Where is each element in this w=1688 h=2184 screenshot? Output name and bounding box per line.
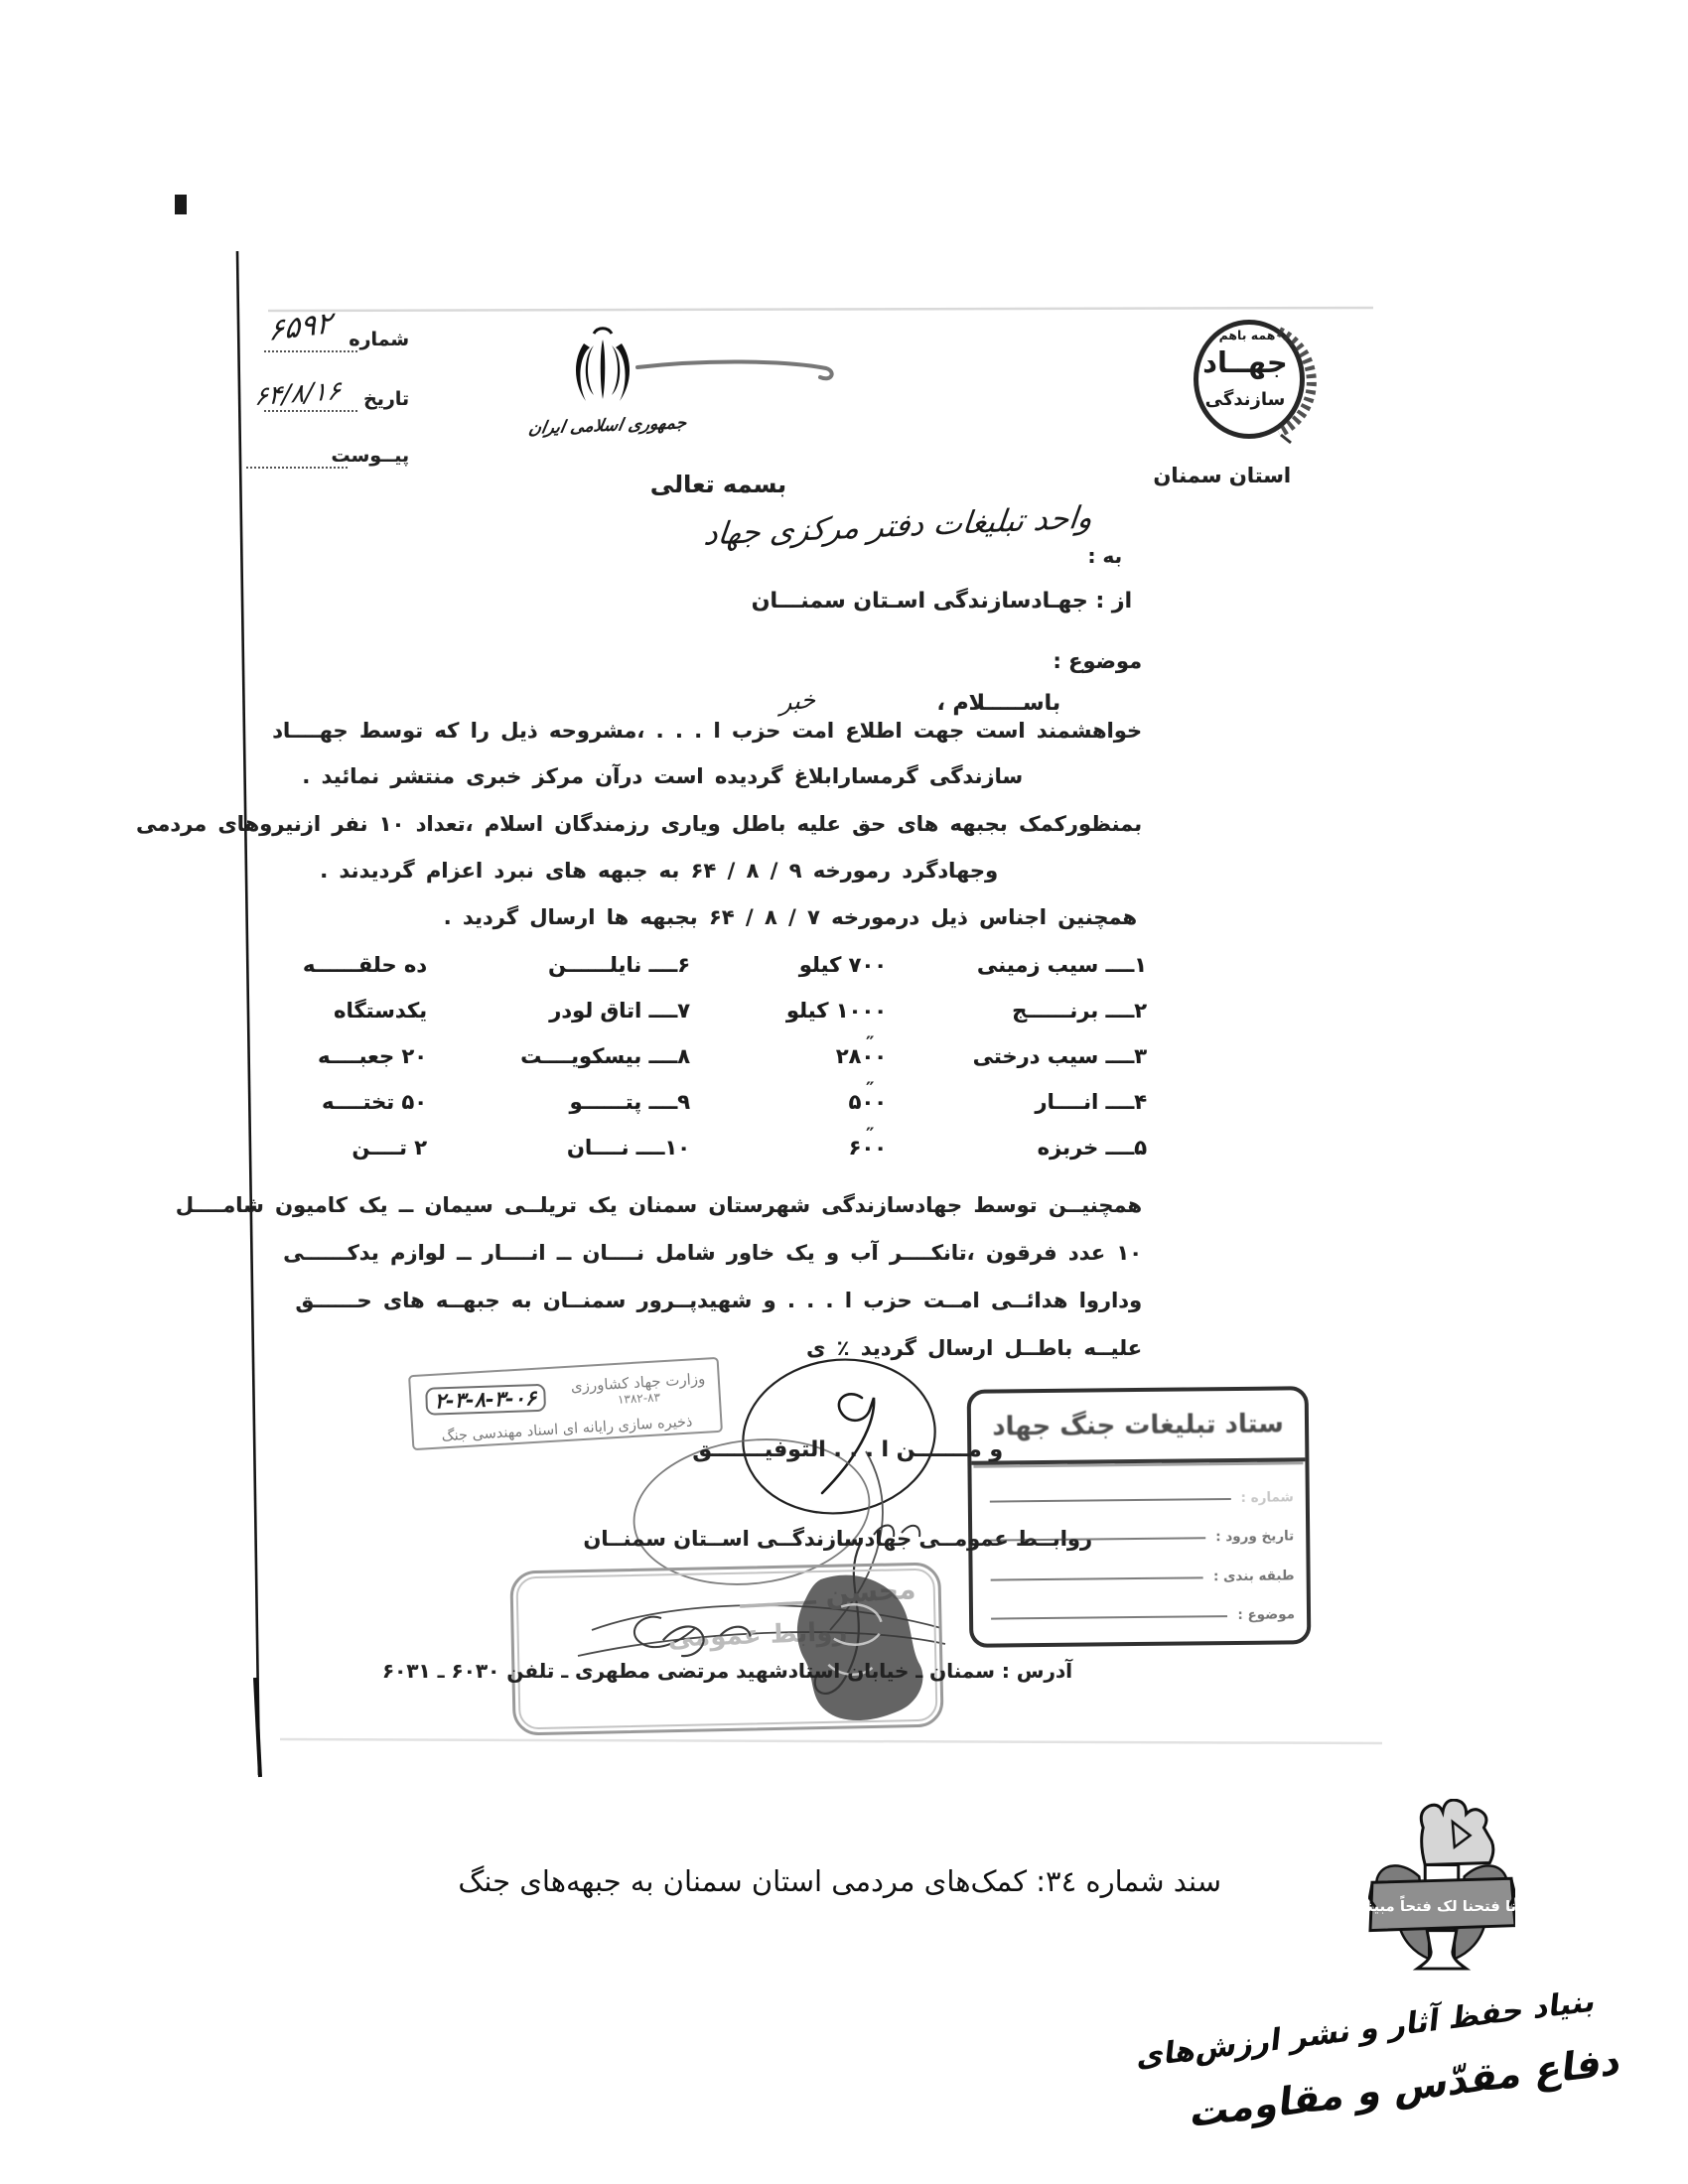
from-line: از : جهـادسازندگی اسـتان سمنـــان — [752, 589, 1132, 614]
item-8-qty: ۲۰ جعبــــه — [318, 1044, 427, 1068]
fist-tulip-emblem-icon: انا فتحنا لک فتحاً مبیناً — [1368, 1799, 1515, 2002]
registry-field-label: تاریخ ورود : — [1215, 1529, 1294, 1546]
paragraph2-line2: وجهادگرد رمورخه ۹ / ۸ / ۶۴ به جبهه های ن… — [320, 859, 998, 883]
form-line — [991, 1576, 1203, 1580]
item-7-qty: یکدستگاه — [334, 999, 427, 1023]
registry-field-row: طبقه بندی : — [972, 1554, 1306, 1587]
ministry-stamp-codebox-wrap: ۲-۳-۸-۳-۰۶ — [411, 1381, 560, 1418]
item-2-qty: ۱۰۰۰ کیلو — [786, 999, 887, 1023]
to-label: به : — [1087, 544, 1122, 568]
item-7-name: ۷ــــ اتاق لودر — [549, 999, 690, 1023]
scanned-letter-page: شماره ۶۵۹۲ تاریخ ۶۴/۸/۱۶ پیــوست جمهوری … — [0, 0, 1688, 2184]
registry-stamp-title: ستاد تبلیغات جنگ جهاد — [992, 1409, 1284, 1441]
item-5-name: ۵ــــ خربزه — [1038, 1136, 1147, 1160]
number-handwritten-value: ۶۵۹۲ — [268, 306, 333, 348]
date-handwritten-value: ۶۴/۸/۱۶ — [254, 376, 342, 412]
form-line — [991, 1615, 1227, 1619]
province-line: استان سمنان — [1153, 464, 1291, 487]
attachment-label: پیــوست — [331, 445, 409, 467]
circled-initial-ellipse — [733, 1347, 945, 1526]
item-2-name: ۲ــــ برنــــــج — [1012, 999, 1147, 1023]
registry-field-row: موضوع : — [973, 1593, 1307, 1627]
ministry-archive-stamp: وزارت جهاد کشاورزی ۱۳۸۲-۸۳ ۲-۳-۸-۳-۰۶ ذخ… — [408, 1357, 723, 1450]
paragraph3-line2: ۱۰ عدد فرقون ،تانکــــر آب و یک خاور شام… — [283, 1241, 1142, 1265]
jahad-sazandegi-logo: همه باهم جهــاد سازندگی — [1186, 304, 1317, 455]
ditto-mark-2: ″ — [866, 1078, 875, 1100]
item-10-name: ۱۰ــــ نــــان — [567, 1136, 690, 1160]
registry-stamp: ستاد تبلیغات جنگ جهاد شماره : تاریخ ورود… — [967, 1386, 1312, 1648]
paragraph1-line2: سازندگی گرمسارابلاغ گردیده است درآن مرکز… — [302, 764, 1023, 788]
registry-stamp-rows: شماره : تاریخ ورود : طبقه بندی : موضوع : — [971, 1461, 1307, 1644]
registry-field-label: طبقه بندی : — [1213, 1568, 1295, 1584]
document-caption: سند شماره ۳٤: کمک‌های مردمی استان سمنان … — [458, 1864, 1221, 1898]
to-handwritten-value: واحد تبلیغات دفتر مرکزی جهاد — [702, 499, 1094, 552]
paragraph2-line3: همچنین اجناس ذیل درمورخه ۷ / ۸ / ۶۴ بجبه… — [444, 905, 1137, 929]
paragraph3-line1: همچنیــن توسط جهادسازندگی شهرستان سمنان … — [176, 1193, 1142, 1217]
ministry-code-box: ۲-۳-۸-۳-۰۶ — [425, 1384, 545, 1416]
fold-line-bottom — [280, 1739, 1382, 1743]
item-8-name: ۸ــــ بیسکویــــت — [520, 1044, 690, 1068]
registry-stamp-header: ستاد تبلیغات جنگ جهاد — [971, 1390, 1306, 1465]
number-label: شماره — [349, 329, 409, 350]
ministry-handwritten-code: ۲-۳-۸-۳-۰۶ — [434, 1386, 536, 1413]
item-9-qty: ۵۰ تختــــه — [322, 1090, 427, 1114]
foundation-logo: انا فتحنا لک فتحاً مبیناً بنیاد حفظ آثار… — [1281, 1797, 1628, 2164]
number-dotted-line — [264, 349, 357, 352]
closing-line: و مـــــــن ا . . . التوفیـــــــق — [692, 1437, 1003, 1462]
item-3-name: ۳ــــ سیب درختی — [973, 1044, 1147, 1068]
item-1-name: ۱ــــ سیب زمینی — [977, 953, 1147, 977]
address-line: آدرس : سمنان ـ خیابان استادشهید مرتضی مط… — [382, 1659, 1072, 1683]
item-4-name: ۴ــــ انــــار — [1035, 1090, 1147, 1114]
logo-subtitle: سازندگی — [1190, 389, 1301, 410]
date-label: تاریخ — [363, 388, 409, 410]
pen-swoosh — [637, 361, 832, 378]
item-6-name: ۶ــــ نایلــــــن — [548, 953, 690, 977]
emblem-banner-verse: انا فتحنا لک فتحاً مبیناً — [1368, 1895, 1515, 1915]
left-border-thick-segment — [255, 1678, 260, 1777]
ministry-stamp-texts: وزارت جهاد کشاورزی ۱۳۸۲-۸۳ — [558, 1370, 719, 1411]
republic-calligraphy: جمهوری اسلامی ایران — [516, 413, 698, 439]
paragraph2-line1: بمنظورکمک بجبهه های حق علیه باطل ویاری ر… — [136, 812, 1142, 836]
wheat-wreath-icon — [1186, 304, 1317, 455]
attachment-dotted-line — [246, 466, 348, 469]
foundation-name-line2: دفاع مقدّس و مقاومت — [1294, 2038, 1623, 2123]
left-border-line — [237, 251, 259, 1775]
item-3-qty: ۲۸۰۰ — [836, 1044, 887, 1068]
pr-rubber-stamp: محسن ــــــــ روابط عمومی — [509, 1562, 943, 1735]
subject-label: موضوع : — [1053, 649, 1142, 673]
inserted-word-khabar: خبر — [779, 685, 816, 716]
item-1-qty: ۷۰۰ کیلو — [799, 953, 887, 977]
logo-title: جهــاد — [1190, 345, 1301, 379]
item-9-name: ۹ــــ پتــــــو — [569, 1090, 690, 1114]
registry-field-label: موضوع : — [1237, 1607, 1295, 1624]
paragraph3-line4: علیــه باطــل ارسال گردید ٪ ی — [806, 1336, 1142, 1360]
ditto-mark-3: ″ — [866, 1124, 875, 1146]
registry-field-row: شماره : — [972, 1475, 1306, 1509]
registry-field-label: شماره : — [1240, 1489, 1293, 1506]
salutation: باســـــلام ، — [936, 691, 1060, 716]
item-10-qty: ۲ تــــن — [352, 1136, 427, 1160]
registry-field-row: تاریخ ورود : — [972, 1514, 1306, 1548]
form-line — [990, 1537, 1205, 1541]
ink-blob — [512, 1566, 940, 1733]
iri-allah-emblem-icon — [567, 324, 638, 417]
ditto-mark-1: ″ — [866, 1032, 875, 1054]
bismillah: بسمه تعالی — [650, 471, 786, 498]
logo-slogan: همه باهم — [1190, 328, 1305, 342]
form-line — [990, 1498, 1231, 1503]
paragraph3-line3: وداروا هدائــی امــت حزب ا . . . و شهیدپ… — [295, 1289, 1142, 1312]
item-6-qty: ده حلقــــــه — [303, 953, 427, 977]
scan-edge-speck — [175, 195, 187, 214]
paragraph1-line1: خواهشمند است جهت اطلاع امت حزب ا . . . ،… — [272, 719, 1142, 743]
